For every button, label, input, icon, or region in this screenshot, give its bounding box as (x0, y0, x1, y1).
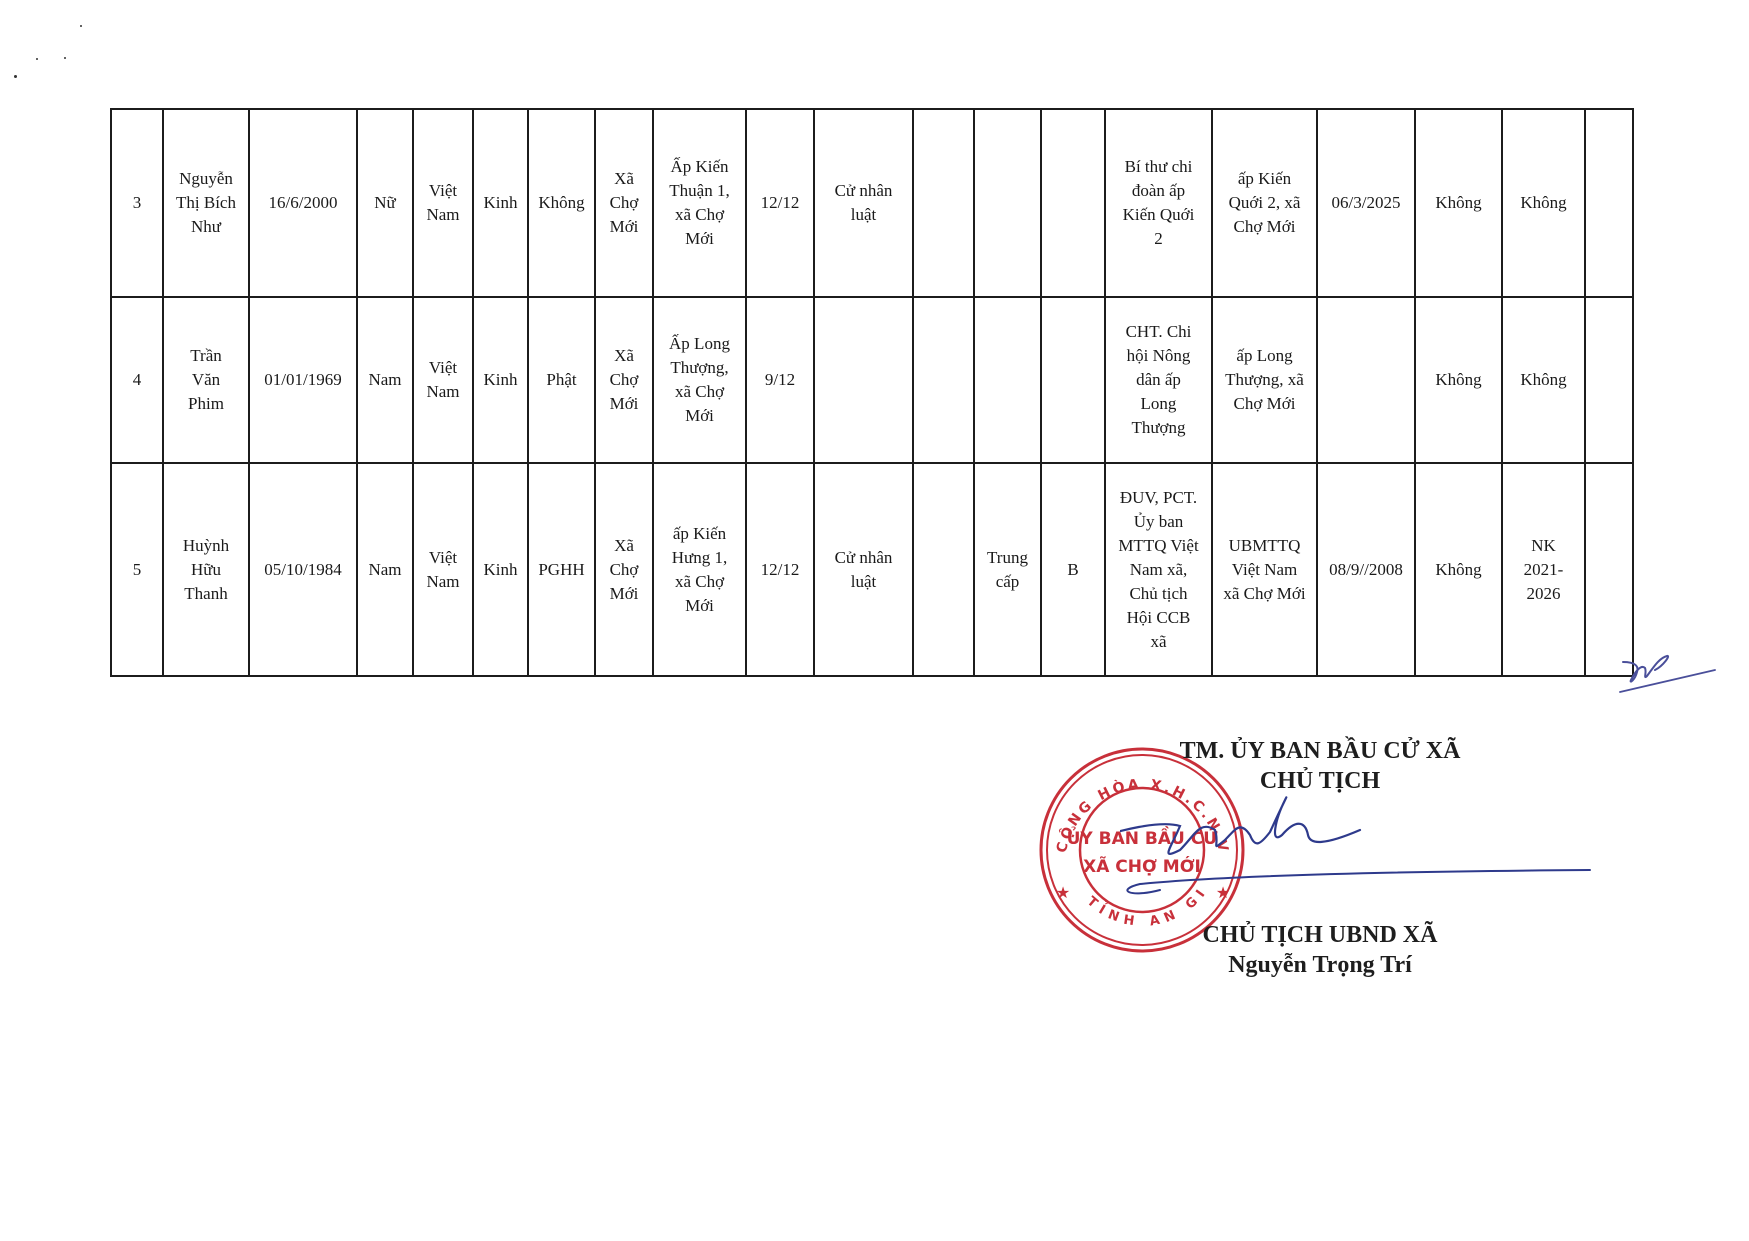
table-cell: CHT. Chi hội Nông dân ấp Long Thượng (1105, 297, 1212, 463)
table-cell: Bí thư chi đoàn ấp Kiến Quới 2 (1105, 109, 1212, 297)
table-cell (1585, 109, 1633, 297)
handwritten-signature (1120, 790, 1600, 900)
scan-speck (80, 25, 82, 27)
candidate-table: 3Nguyễn Thị Bích Như16/6/2000NữViệt NamK… (110, 108, 1634, 677)
table-cell (913, 109, 974, 297)
table-cell: ấp Long Thượng, xã Chợ Mới (1212, 297, 1317, 463)
scan-speck (14, 75, 17, 78)
scan-speck (36, 58, 38, 60)
table-cell (974, 109, 1041, 297)
org-line: TM. ỦY BAN BẦU CỬ XÃ (1150, 736, 1490, 766)
scan-speck (64, 57, 66, 59)
table-cell: Không (1415, 297, 1502, 463)
table-cell (1585, 463, 1633, 676)
table-cell: 4 (111, 297, 163, 463)
table-cell: 06/3/2025 (1317, 109, 1415, 297)
table-cell: Nguyễn Thị Bích Như (163, 109, 249, 297)
table-cell: PGHH (528, 463, 595, 676)
table-cell: 3 (111, 109, 163, 297)
table-cell: B (1041, 463, 1105, 676)
table-cell: Ấp Long Thượng, xã Chợ Mới (653, 297, 746, 463)
table-cell: ĐUV, PCT. Ủy ban MTTQ Việt Nam xã, Chủ t… (1105, 463, 1212, 676)
table-cell: Cử nhân luật (814, 109, 913, 297)
table-cell: UBMTTQ Việt Nam xã Chợ Mới (1212, 463, 1317, 676)
table-cell: Không (528, 109, 595, 297)
table-cell: 5 (111, 463, 163, 676)
table-cell: NK 2021- 2026 (1502, 463, 1585, 676)
table-cell: Việt Nam (413, 463, 473, 676)
table-cell: 01/01/1969 (249, 297, 357, 463)
table-cell: Việt Nam (413, 109, 473, 297)
table-cell: Kinh (473, 109, 528, 297)
table-cell: Việt Nam (413, 297, 473, 463)
signature-title-block: TM. ỦY BAN BẦU CỬ XÃ CHỦ TỊCH (1150, 736, 1490, 796)
table-row: 4Trần Văn Phim01/01/1969NamViệt NamKinhP… (111, 297, 1633, 463)
table-cell (1041, 297, 1105, 463)
table-cell (913, 297, 974, 463)
table-cell: Xã Chợ Mới (595, 297, 653, 463)
star-icon: ★ (1056, 883, 1070, 902)
table-cell (814, 297, 913, 463)
table-cell: 12/12 (746, 463, 814, 676)
table-cell: 12/12 (746, 109, 814, 297)
table-cell (974, 297, 1041, 463)
table-cell: Cử nhân luật (814, 463, 913, 676)
table-cell: ấp Kiến Hưng 1, xã Chợ Mới (653, 463, 746, 676)
table-cell (1317, 297, 1415, 463)
table-cell: 9/12 (746, 297, 814, 463)
table-cell: Kinh (473, 463, 528, 676)
table-cell: Không (1415, 109, 1502, 297)
table-cell: Ấp Kiến Thuận 1, xã Chợ Mới (653, 109, 746, 297)
table-cell: Không (1502, 109, 1585, 297)
table-cell: 08/9//2008 (1317, 463, 1415, 676)
initials-mark (1615, 650, 1735, 710)
table-cell: Không (1502, 297, 1585, 463)
table-cell: 16/6/2000 (249, 109, 357, 297)
table-cell (913, 463, 974, 676)
table-cell: Nữ (357, 109, 413, 297)
table-cell: Nam (357, 463, 413, 676)
table-cell: Kinh (473, 297, 528, 463)
signer-block: CHỦ TỊCH UBND XÃ Nguyễn Trọng Trí (1150, 920, 1490, 980)
table-cell: Trần Văn Phim (163, 297, 249, 463)
table-row: 3Nguyễn Thị Bích Như16/6/2000NữViệt NamK… (111, 109, 1633, 297)
table-cell: Xã Chợ Mới (595, 109, 653, 297)
table-cell (1585, 297, 1633, 463)
table-cell: 05/10/1984 (249, 463, 357, 676)
table-cell: Không (1415, 463, 1502, 676)
table-cell (1041, 109, 1105, 297)
signer-title: CHỦ TỊCH UBND XÃ (1150, 920, 1490, 950)
table-cell: ấp Kiến Quới 2, xã Chợ Mới (1212, 109, 1317, 297)
table-row: 5Huỳnh Hữu Thanh05/10/1984NamViệt NamKin… (111, 463, 1633, 676)
table-cell: Huỳnh Hữu Thanh (163, 463, 249, 676)
signer-name: Nguyễn Trọng Trí (1150, 950, 1490, 980)
table-cell: Xã Chợ Mới (595, 463, 653, 676)
table-cell: Nam (357, 297, 413, 463)
table-cell: Trung cấp (974, 463, 1041, 676)
table-cell: Phật (528, 297, 595, 463)
